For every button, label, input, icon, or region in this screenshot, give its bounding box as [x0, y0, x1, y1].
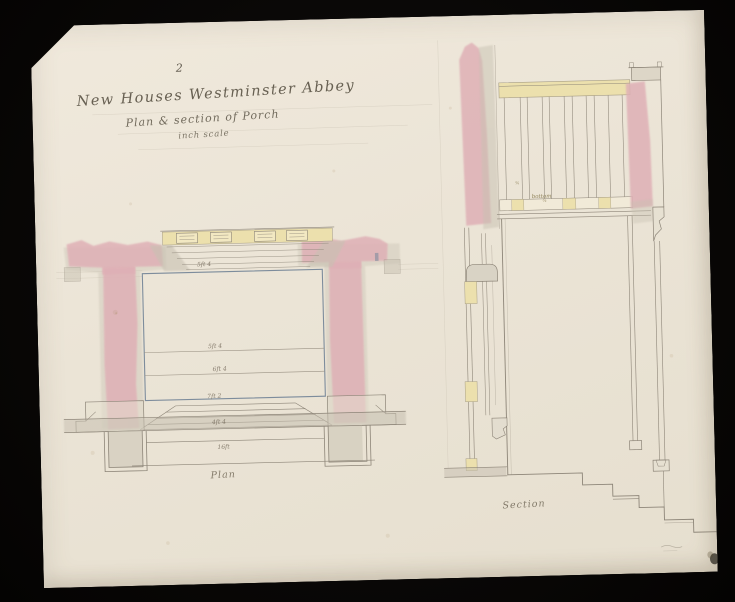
section-tick-mark: ¾ — [512, 181, 522, 186]
plan-blue-tick — [375, 253, 379, 261]
section-right-jamb-wash — [626, 81, 653, 209]
section-jamb-lines — [624, 215, 670, 508]
section-right-jamb-grey — [631, 199, 654, 224]
photo-background: 2 New Houses Westminster Abbey Plan & se… — [0, 0, 735, 602]
paper-marks — [82, 100, 717, 579]
section-corbel — [492, 418, 508, 439]
section-rail — [497, 196, 651, 219]
sheet-number: 2 — [169, 61, 189, 74]
section-beam — [499, 80, 630, 98]
plan-right-endcap — [384, 259, 400, 273]
plan-porch-opening — [142, 269, 325, 400]
section-left-column — [438, 227, 508, 477]
plan-left-endcap — [64, 267, 80, 281]
section-tick-mark: ¾ — [540, 199, 550, 204]
drawing-sheet: 2 New Houses Westminster Abbey Plan & se… — [30, 10, 718, 588]
section-wall-and-steps — [501, 214, 717, 537]
pencil-squiggle — [661, 545, 682, 548]
section-drawing — [434, 37, 717, 538]
